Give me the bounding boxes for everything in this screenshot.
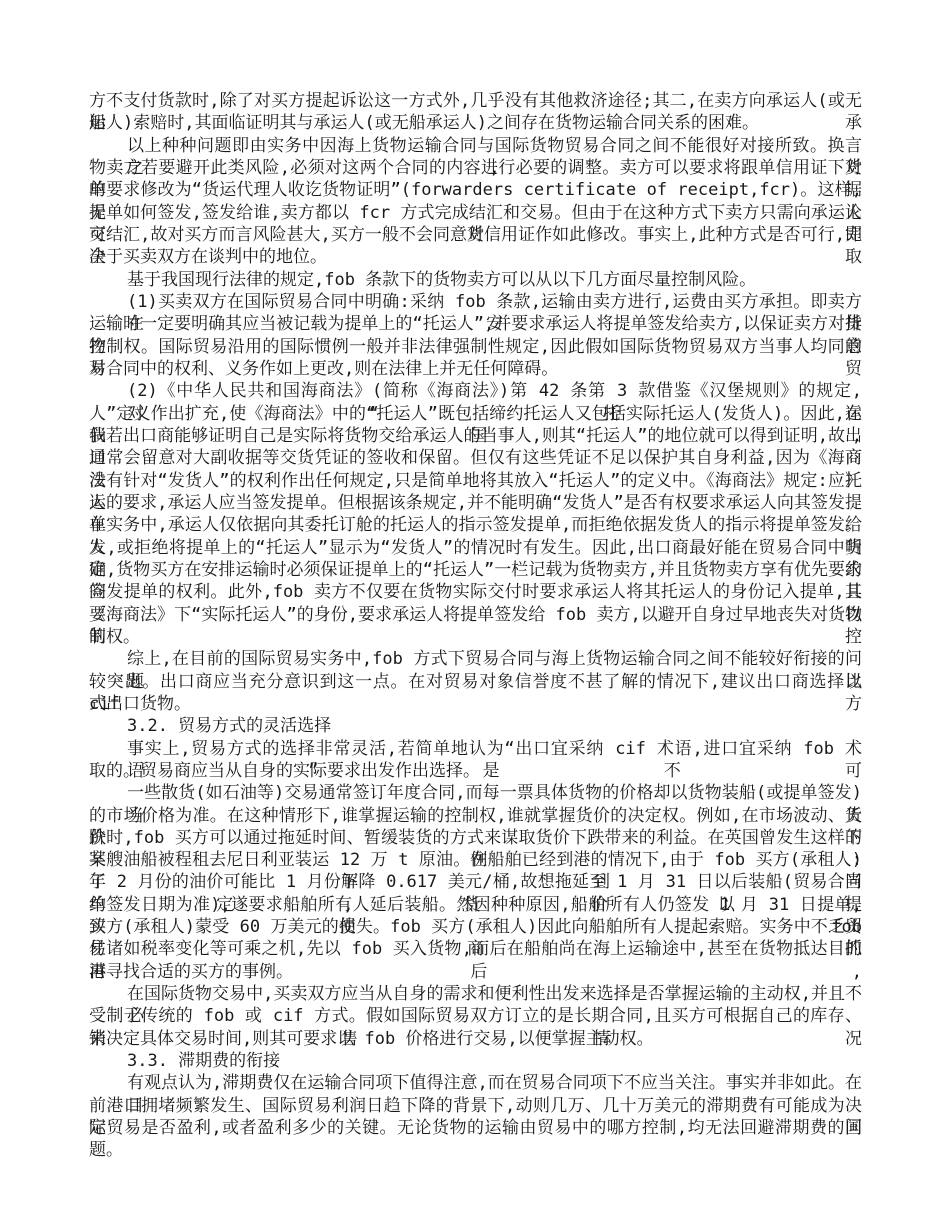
text-line: 可结汇,故对买方而言风险甚大,买方一般不会同意对信用证作如此修改。事实上,此种方… — [89, 224, 862, 246]
text-line: 运输时一定要明确其应当被记载为提单上的“托运人”,并要求承运人将提单签发给卖方,… — [89, 313, 862, 335]
text-line: 受制于传统的 fob 或 cif 方式。假如国际贸易双方订立的是长期合同,且买方… — [89, 1005, 862, 1027]
text-line: 倘若出口商能够证明自己是实际将货物交给承运人的当事人,则其“托运人”的地位就可以… — [89, 425, 862, 447]
text-line: 提单如何签发,签发给谁,卖方都以 fcr 方式完成结汇和交易。但由于在这种方式下… — [89, 202, 862, 224]
paragraph-bulk-cargo-case: 一些散货(如石油等)交易通常签订年度合同,而每一票具体货物的价格却以货物装船(或… — [89, 782, 862, 983]
section-title: 3.2. 贸易方式的灵活选择 — [89, 715, 862, 737]
paragraph-summary: 综上,在目前的国际贸易实务中,fob 方式下贸易合同与海上货物运输合同之间不能较… — [89, 648, 862, 715]
text-line: 物卖方若要避开此类风险,必须对这两个合同的内容进行必要的调整。卖方可以要求将跟单… — [89, 157, 862, 179]
text-line: 有观点认为,滞期费仅在运输合同项下值得注意,而在贸易合同项下不应当关注。事实并非… — [89, 1072, 862, 1094]
paragraph-point-1: (1)买卖双方在国际贸易合同中明确:采纳 fob 条款,运输由卖方进行,运费由买… — [89, 291, 862, 380]
section-title: 3.3. 滞期费的衔接 — [89, 1050, 862, 1072]
text-line: 年 2 月份的油价可能比 1 月份下降 0.617 美元/桶,故想拖延至 1 月… — [89, 871, 862, 893]
paragraph-continuation: 方不支付货款时,除了对买方提起诉讼这一方式外,几乎没有其他救济途径;其二,在卖方… — [89, 90, 862, 135]
text-line: 人”定义作出扩充,使《海商法》中的“托运人”既包括缔约托运人又包括实际托运人(发… — [89, 403, 862, 425]
text-line: (2)《中华人民共和国海商法》(简称《海商法》)第 42 条第 3 款借鉴《汉堡… — [89, 380, 862, 402]
text-line: 没有针对“发货人”的权利作出任何规定,只是简单地将其放入“托运人”的定义中。《海… — [89, 470, 862, 492]
text-line: 综上,在目前的国际贸易实务中,fob 方式下贸易合同与海上货物运输合同之间不能较… — [89, 648, 862, 670]
text-line: 一些散货(如石油等)交易通常签订年度合同,而每一票具体货物的价格却以货物装船(或… — [89, 782, 862, 804]
text-line: 定,货物买方在安排运输时必须保证提单上的“托运人”一栏记载为货物卖方,并且货物卖… — [89, 559, 862, 581]
paragraph-demurrage: 有观点认为,滞期费仅在运输合同项下值得注意,而在贸易合同项下不应当关注。事实并非… — [89, 1072, 862, 1139]
text-line: 《海商法》下“实际托运人”的身份,要求承运人将提单签发给 fob 卖方,以避开自… — [89, 604, 862, 626]
paragraph-point-2: (2)《中华人民共和国海商法》(简称《海商法》)第 42 条第 3 款借鉴《汉堡… — [89, 380, 862, 648]
paragraph-risk-control-intro: 基于我国现行法律的规定,fob 条款下的货物卖方可以从以下几方面尽量控制风险。 — [89, 269, 862, 291]
text-line: 际贸易是否盈利,或者盈利多少的关键。无论货物的运输由贸易中的哪方控制,均无法回避… — [89, 1117, 862, 1139]
paragraph-initiative: 在国际货物交易中,买卖双方应当从自身的需求和便利性出发来选择是否掌握运输的主动权… — [89, 983, 862, 1050]
text-line: 前港口拥堵频繁发生、国际贸易利润日趋下降的背景下,动则几万、几十万美元的滞期费有… — [89, 1095, 862, 1117]
text-line: 事实上,贸易方式的选择非常灵活,若简单地认为“出口宜采纳 cif 术语,进口宜采… — [89, 738, 862, 760]
paragraph-fcr: 以上种种问题即由实务中因海上货物运输合同与国际货物贸易合同之间不能很好对接所致。… — [89, 135, 862, 269]
text-line: 的市场价格为准。在这种情形下,谁掌握运输的控制权,谁就掌握货价的决定权。例如,在… — [89, 805, 862, 827]
document-page: 方不支付货款时,除了对买方提起诉讼这一方式外,几乎没有其他救济途径;其二,在卖方… — [89, 90, 862, 1139]
section-heading-3-2: 3.2. 贸易方式的灵活选择 — [89, 715, 862, 737]
text-line: 通常会留意对大副收据等交货凭证的签收和保留。但仅有这些凭证不足以保护其自身利益,… — [89, 447, 862, 469]
text-line: 某艘油船被程租去尼日利亚装运 12 万 t 原油。在船舶已经到港的情况下,由于 … — [89, 849, 862, 871]
text-line: 在国际货物交易中,买卖双方应当从自身的需求和便利性出发来选择是否掌握运输的主动权… — [89, 983, 862, 1005]
text-line: 较突出。出口商应当充分意识到这一点。在对贸易对象信誉度不甚了解的情况下,建议出口… — [89, 671, 862, 693]
text-line: 买方(承租人)蒙受 60 万美元的损失。fob 买方(承租人)因此向船舶所有人提… — [89, 916, 862, 938]
text-line: 以上种种问题即由实务中因海上货物运输合同与国际货物贸易合同之间不能很好对接所致。… — [89, 135, 862, 157]
section-heading-3-3: 3.3. 滞期费的衔接 — [89, 1050, 862, 1072]
text-line: 的要求修改为“货运代理人收讫货物证明”(forwarders certifica… — [89, 179, 862, 201]
text-line: 人,或拒绝将提单上的“托运人”显示为“发货人”的情况时有发生。因此,出口商最好能… — [89, 537, 862, 559]
text-line: 方不支付货款时,除了对买方提起诉讼这一方式外,几乎没有其他救济途径;其二,在卖方… — [89, 90, 862, 112]
text-line: 单签发日期为准),遂要求船舶所有人延后装船。然因种种原因,船舶所有人仍签发 1 … — [89, 894, 862, 916]
text-line: (1)买卖双方在国际贸易合同中明确:采纳 fob 条款,运输由卖方进行,运费由买… — [89, 291, 862, 313]
text-line: 住诸如税率变化等可乘之机,先以 fob 买入货物,而后在船舶尚在海上运输途中,甚… — [89, 938, 862, 960]
text-line: 人的要求,承运人应当签发提单。但根据该条规定,并不能明确“发货人”是否有权要求承… — [89, 492, 862, 514]
text-line: 跌时,fob 买方可以通过拖延时间、暂缓装货的方式来谋取货价下跌带来的利益。在英… — [89, 827, 862, 849]
text-line: 签发提单的权利。此外,fob 卖方不仅要在货物实际交付时要求承运人将其托运人的身… — [89, 581, 862, 603]
text-line: 运人)索赔时,其面临证明其与承运人(或无船承运人)之间存在货物运输合同关系的困难… — [89, 112, 862, 134]
text-line: 基于我国现行法律的规定,fob 条款下的货物卖方可以从以下几方面尽量控制风险。 — [89, 269, 862, 291]
paragraph-flexible-choice: 事实上,贸易方式的选择非常灵活,若简单地认为“出口宜采纳 cif 术语,进口宜采… — [89, 738, 862, 783]
text-line: 控制权。国际贸易沿用的国际惯例一般并非法律强制性规定,因此假如国际货物贸易双方当… — [89, 336, 862, 358]
text-line: 在实务中,承运人仅依据向其委托订舱的托运人的指示签发提单,而拒绝依据发货人的指示… — [89, 514, 862, 536]
